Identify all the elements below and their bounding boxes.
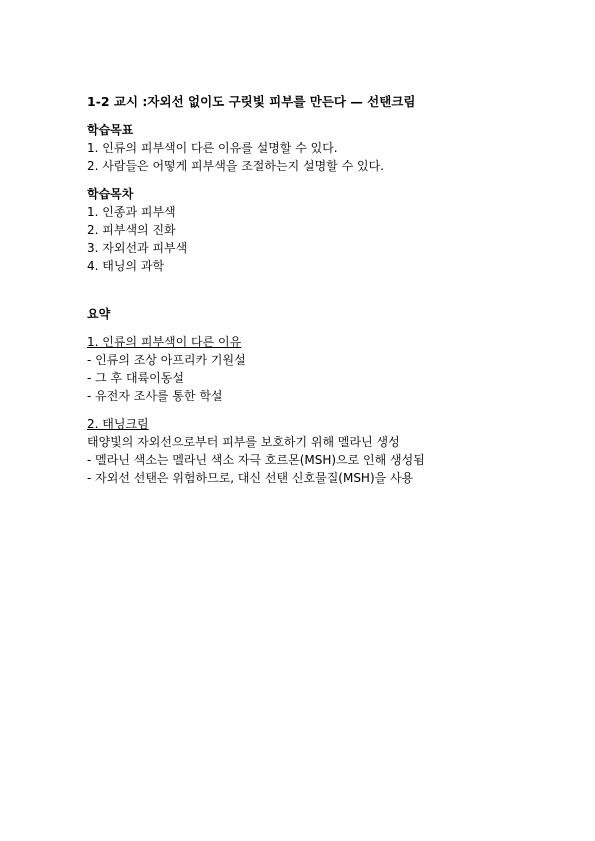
- document-page: 1-2 교시 :자외선 없이도 구릿빛 피부를 만든다 — 선탠크림 학습목표 …: [0, 0, 595, 841]
- summary-heading: 요약: [87, 305, 547, 323]
- section-summary: 요약 1. 인류의 피부색이 다른 이유 - 인류의 조상 아프리카 기원설 -…: [87, 305, 547, 487]
- learning-objective-item: 1. 인류의 피부색이 다른 이유를 설명할 수 있다.: [87, 139, 547, 157]
- learning-contents-item: 4. 태닝의 과학: [87, 257, 547, 275]
- learning-contents-item: 3. 자외선과 피부색: [87, 239, 547, 257]
- learning-contents-heading: 학습목차: [87, 185, 547, 203]
- learning-contents-item: 2. 피부색의 진화: [87, 221, 547, 239]
- summary-subsection-tanning-cream: 2. 태닝크림 태양빛의 자외선으로부터 피부를 보호하기 위해 멜라닌 생성 …: [87, 415, 547, 487]
- summary-bullet: - 멜라닌 색소는 멜라닌 색소 자극 호르몬(MSH)으로 인해 생성됨: [87, 451, 547, 469]
- learning-objective-item: 2. 사람들은 어떻게 피부색을 조절하는지 설명할 수 있다.: [87, 157, 547, 175]
- document-title: 1-2 교시 :자외선 없이도 구릿빛 피부를 만든다 — 선탠크림: [87, 93, 547, 111]
- section-learning-contents: 학습목차 1. 인종과 피부색 2. 피부색의 진화 3. 자외선과 피부색 4…: [87, 185, 547, 275]
- summary-subsection-heading: 1. 인류의 피부색이 다른 이유: [87, 333, 547, 351]
- section-learning-objectives: 학습목표 1. 인류의 피부색이 다른 이유를 설명할 수 있다. 2. 사람들…: [87, 121, 547, 175]
- summary-subsection-skin-color: 1. 인류의 피부색이 다른 이유 - 인류의 조상 아프리카 기원설 - 그 …: [87, 333, 547, 405]
- summary-bullet: - 그 후 대륙이동설: [87, 369, 547, 387]
- learning-objectives-heading: 학습목표: [87, 121, 547, 139]
- learning-contents-item: 1. 인종과 피부색: [87, 203, 547, 221]
- summary-text-line: 태양빛의 자외선으로부터 피부를 보호하기 위해 멜라닌 생성: [87, 433, 547, 451]
- summary-bullet: - 인류의 조상 아프리카 기원설: [87, 351, 547, 369]
- summary-subsection-heading: 2. 태닝크림: [87, 415, 547, 433]
- summary-bullet: - 유전자 조사를 통한 학설: [87, 387, 547, 405]
- summary-bullet: - 자외선 선탠은 위험하므로, 대신 선탠 신호물질(MSH)을 사용: [87, 469, 547, 487]
- document-content: 1-2 교시 :자외선 없이도 구릿빛 피부를 만든다 — 선탠크림 학습목표 …: [87, 93, 547, 487]
